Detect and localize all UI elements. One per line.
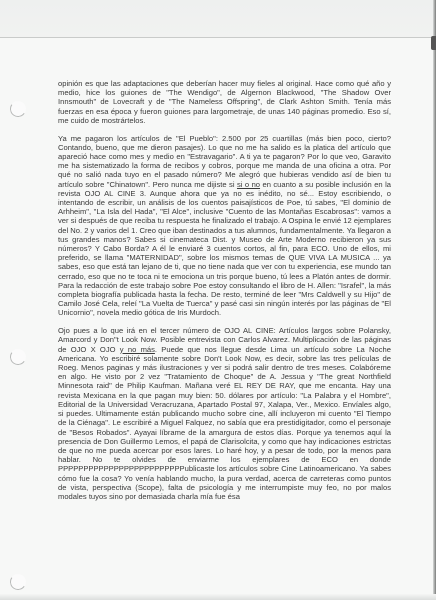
- punch-hole-icon: [9, 348, 28, 367]
- punch-hole-icon: [9, 100, 28, 119]
- punch-hole-icon: [9, 573, 28, 592]
- paragraph-text: opinión es que las adaptaciones que debe…: [58, 79, 391, 125]
- page-bottom-edge: [0, 594, 436, 600]
- underlined-text: si o no: [237, 180, 260, 189]
- paragraph-text: . Puede que nos llegue desde Lima un art…: [58, 345, 391, 501]
- paragraph-3: Ojo pues a lo que irá en el tercer númer…: [58, 326, 391, 501]
- paragraph-text: en cuanto a su posible inclusión en la r…: [58, 180, 391, 318]
- scanned-page: opinión es que las adaptaciones que debe…: [0, 0, 436, 600]
- underlined-text: y no más: [120, 345, 155, 354]
- letter-body: opinión es que las adaptaciones que debe…: [58, 79, 391, 510]
- paragraph-1: opinión es que las adaptaciones que debe…: [58, 79, 391, 125]
- paragraph-2: Ya me pagaron los artículos de "El Puebl…: [58, 134, 391, 318]
- page-corner-shadow: [431, 36, 436, 50]
- top-fold-band: [0, 0, 436, 38]
